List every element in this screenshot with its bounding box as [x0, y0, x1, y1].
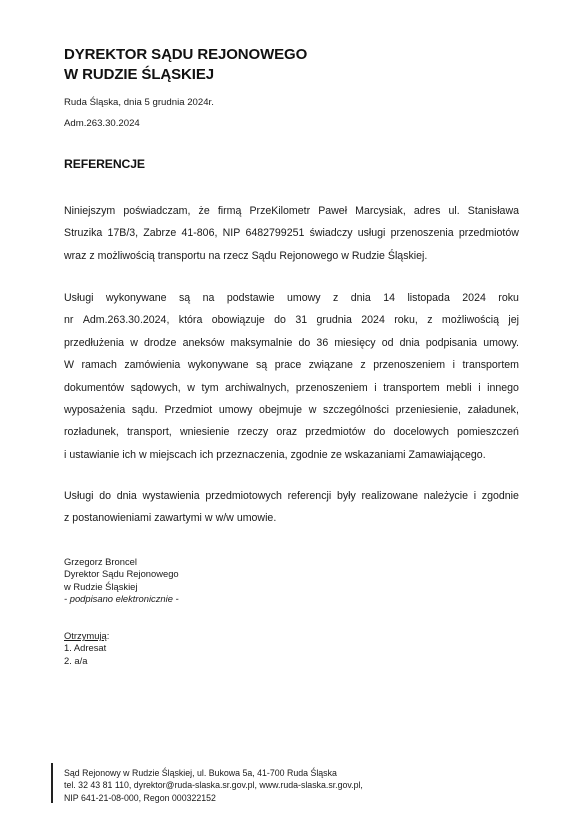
paragraph-1: Niniejszympoświadczam,żefirmąPrzeKilomet… — [64, 200, 519, 267]
paragraph-line: zpostanowieniamizawartymiww/wumowie. — [64, 507, 519, 529]
footer-address: Sąd Rejonowy w Rudzie Śląskiej, ul. Buko… — [64, 767, 363, 779]
paragraph-3: Usługidodniawystawieniaprzedmiotowychref… — [64, 485, 519, 530]
signatory-position-2: w Rudzie Śląskiej — [64, 581, 179, 593]
paragraph-line: przedłużeniawdrodzeaneksówmaksymalniedo3… — [64, 332, 519, 354]
footer: Sąd Rejonowy w Rudzie Śląskiej, ul. Buko… — [64, 767, 363, 804]
paragraph-line: Usługiwykonywanesąnapodstawieumowyzdnia1… — [64, 287, 519, 309]
recipients-block: Otrzymują: 1. Adresat 2. a/a — [64, 630, 109, 667]
signature-block: Grzegorz Broncel Dyrektor Sądu Rejonoweg… — [64, 556, 179, 606]
paragraph-line: wrazzmożliwościątransportunarzeczSąduRej… — [64, 245, 519, 267]
place-date: Ruda Śląska, dnia 5 grudnia 2024r. — [64, 97, 214, 108]
paragraph-line: Niniejszympoświadczam,żefirmąPrzeKilomet… — [64, 200, 519, 222]
signatory-name: Grzegorz Broncel — [64, 556, 179, 568]
paragraph-line: wyposażeniasądu.Przedmiotumowyobejmujews… — [64, 399, 519, 421]
document-heading: REFERENCJE — [64, 157, 145, 171]
footer-contact: tel. 32 43 81 110, dyrektor@ruda-slaska.… — [64, 779, 363, 791]
recipients-label-row: Otrzymują: — [64, 630, 109, 642]
title-line-1: DYREKTOR SĄDU REJONOWEGO — [64, 45, 307, 65]
paragraph-line: Struzika17B/3,Zabrze41-806,NIP6482799251… — [64, 222, 519, 244]
recipients-label-colon: : — [107, 630, 110, 641]
footer-registration: NIP 641-21-08-000, Regon 000322152 — [64, 792, 363, 804]
paragraph-line: nrAdm.263.30.2024,któraobowiązujedo31gru… — [64, 309, 519, 331]
footer-divider-bar — [51, 763, 53, 803]
paragraph-line: dokumentówsądowych,wtymarchiwalnych,prze… — [64, 377, 519, 399]
paragraph-line: rozładunek,transport,wniesienierzeczyora… — [64, 421, 519, 443]
paragraph-line: iustawianieichwmiejscachichprzeznaczenia… — [64, 444, 519, 466]
signatory-position-1: Dyrektor Sądu Rejonowego — [64, 568, 179, 580]
reference-number: Adm.263.30.2024 — [64, 118, 140, 129]
electronic-signature-note: - podpisano elektronicznie - — [64, 593, 179, 605]
document-page: DYREKTOR SĄDU REJONOWEGO W RUDZIE ŚLĄSKI… — [0, 0, 587, 832]
recipient-item: 2. a/a — [64, 655, 109, 667]
recipient-item: 1. Adresat — [64, 642, 109, 654]
paragraph-line: Wramachzamówieniawykonywanesąpracezwiąza… — [64, 354, 519, 376]
document-title: DYREKTOR SĄDU REJONOWEGO W RUDZIE ŚLĄSKI… — [64, 45, 307, 85]
paragraph-2: Usługiwykonywanesąnapodstawieumowyzdnia1… — [64, 287, 519, 466]
recipients-label: Otrzymują — [64, 630, 107, 641]
paragraph-line: Usługidodniawystawieniaprzedmiotowychref… — [64, 485, 519, 507]
title-line-2: W RUDZIE ŚLĄSKIEJ — [64, 65, 307, 85]
